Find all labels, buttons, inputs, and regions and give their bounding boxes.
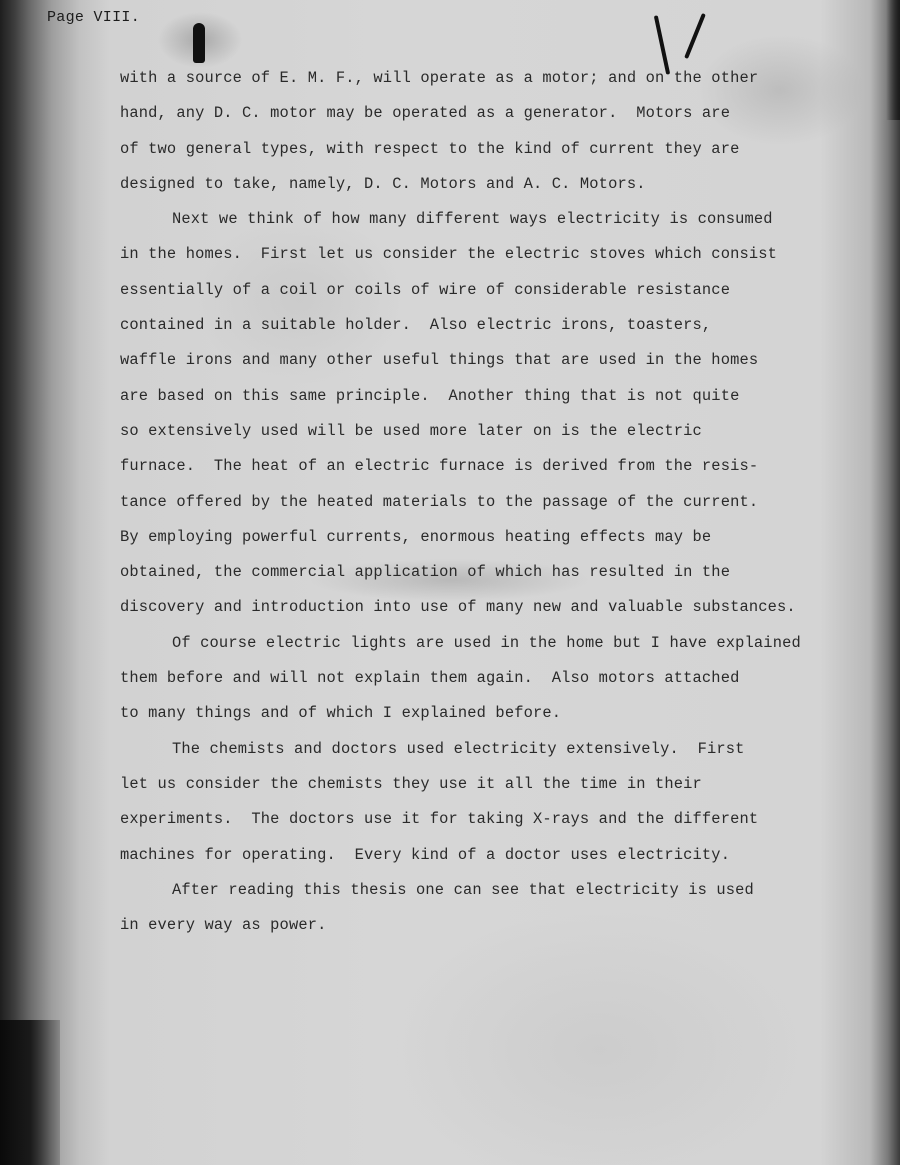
- text-line: experiments. The doctors use it for taki…: [120, 807, 890, 842]
- text-line: essentially of a coil or coils of wire o…: [120, 278, 890, 313]
- paragraph-first-line: Next we think of how many different ways…: [120, 207, 890, 242]
- text-line: contained in a suitable holder. Also ele…: [120, 313, 890, 348]
- text-line: in every way as power.: [120, 913, 890, 948]
- text-line: waffle irons and many other useful thing…: [120, 348, 890, 383]
- paragraph-first-line: The chemists and doctors used electricit…: [120, 737, 890, 772]
- text-line: hand, any D. C. motor may be operated as…: [120, 101, 890, 136]
- text-line: discovery and introduction into use of m…: [120, 595, 890, 630]
- page-edge-shadow: [0, 1020, 60, 1165]
- text-line: designed to take, namely, D. C. Motors a…: [120, 172, 890, 207]
- paragraph-first-line: Of course electric lights are used in th…: [120, 631, 890, 666]
- page-number-label: Page VIII.: [47, 9, 140, 26]
- text-line: with a source of E. M. F., will operate …: [120, 66, 890, 101]
- handwritten-check-mark: [684, 13, 706, 59]
- text-line: to many things and of which I explained …: [120, 701, 890, 736]
- text-line: so extensively used will be used more la…: [120, 419, 890, 454]
- ink-blot: [193, 23, 205, 63]
- text-line: in the homes. First let us consider the …: [120, 242, 890, 277]
- text-line: them before and will not explain them ag…: [120, 666, 890, 701]
- text-line: By employing powerful currents, enormous…: [120, 525, 890, 560]
- text-line: furnace. The heat of an electric furnace…: [120, 454, 890, 489]
- text-line: machines for operating. Every kind of a …: [120, 843, 890, 878]
- text-line: tance offered by the heated materials to…: [120, 490, 890, 525]
- text-line: obtained, the commercial application of …: [120, 560, 890, 595]
- paragraph-first-line: After reading this thesis one can see th…: [120, 878, 890, 913]
- text-line: are based on this same principle. Anothe…: [120, 384, 890, 419]
- text-line: let us consider the chemists they use it…: [120, 772, 890, 807]
- scanned-page: Page VIII. with a source of E. M. F., wi…: [0, 0, 900, 1165]
- text-line: of two general types, with respect to th…: [120, 137, 890, 172]
- typed-body-text: with a source of E. M. F., will operate …: [120, 66, 890, 948]
